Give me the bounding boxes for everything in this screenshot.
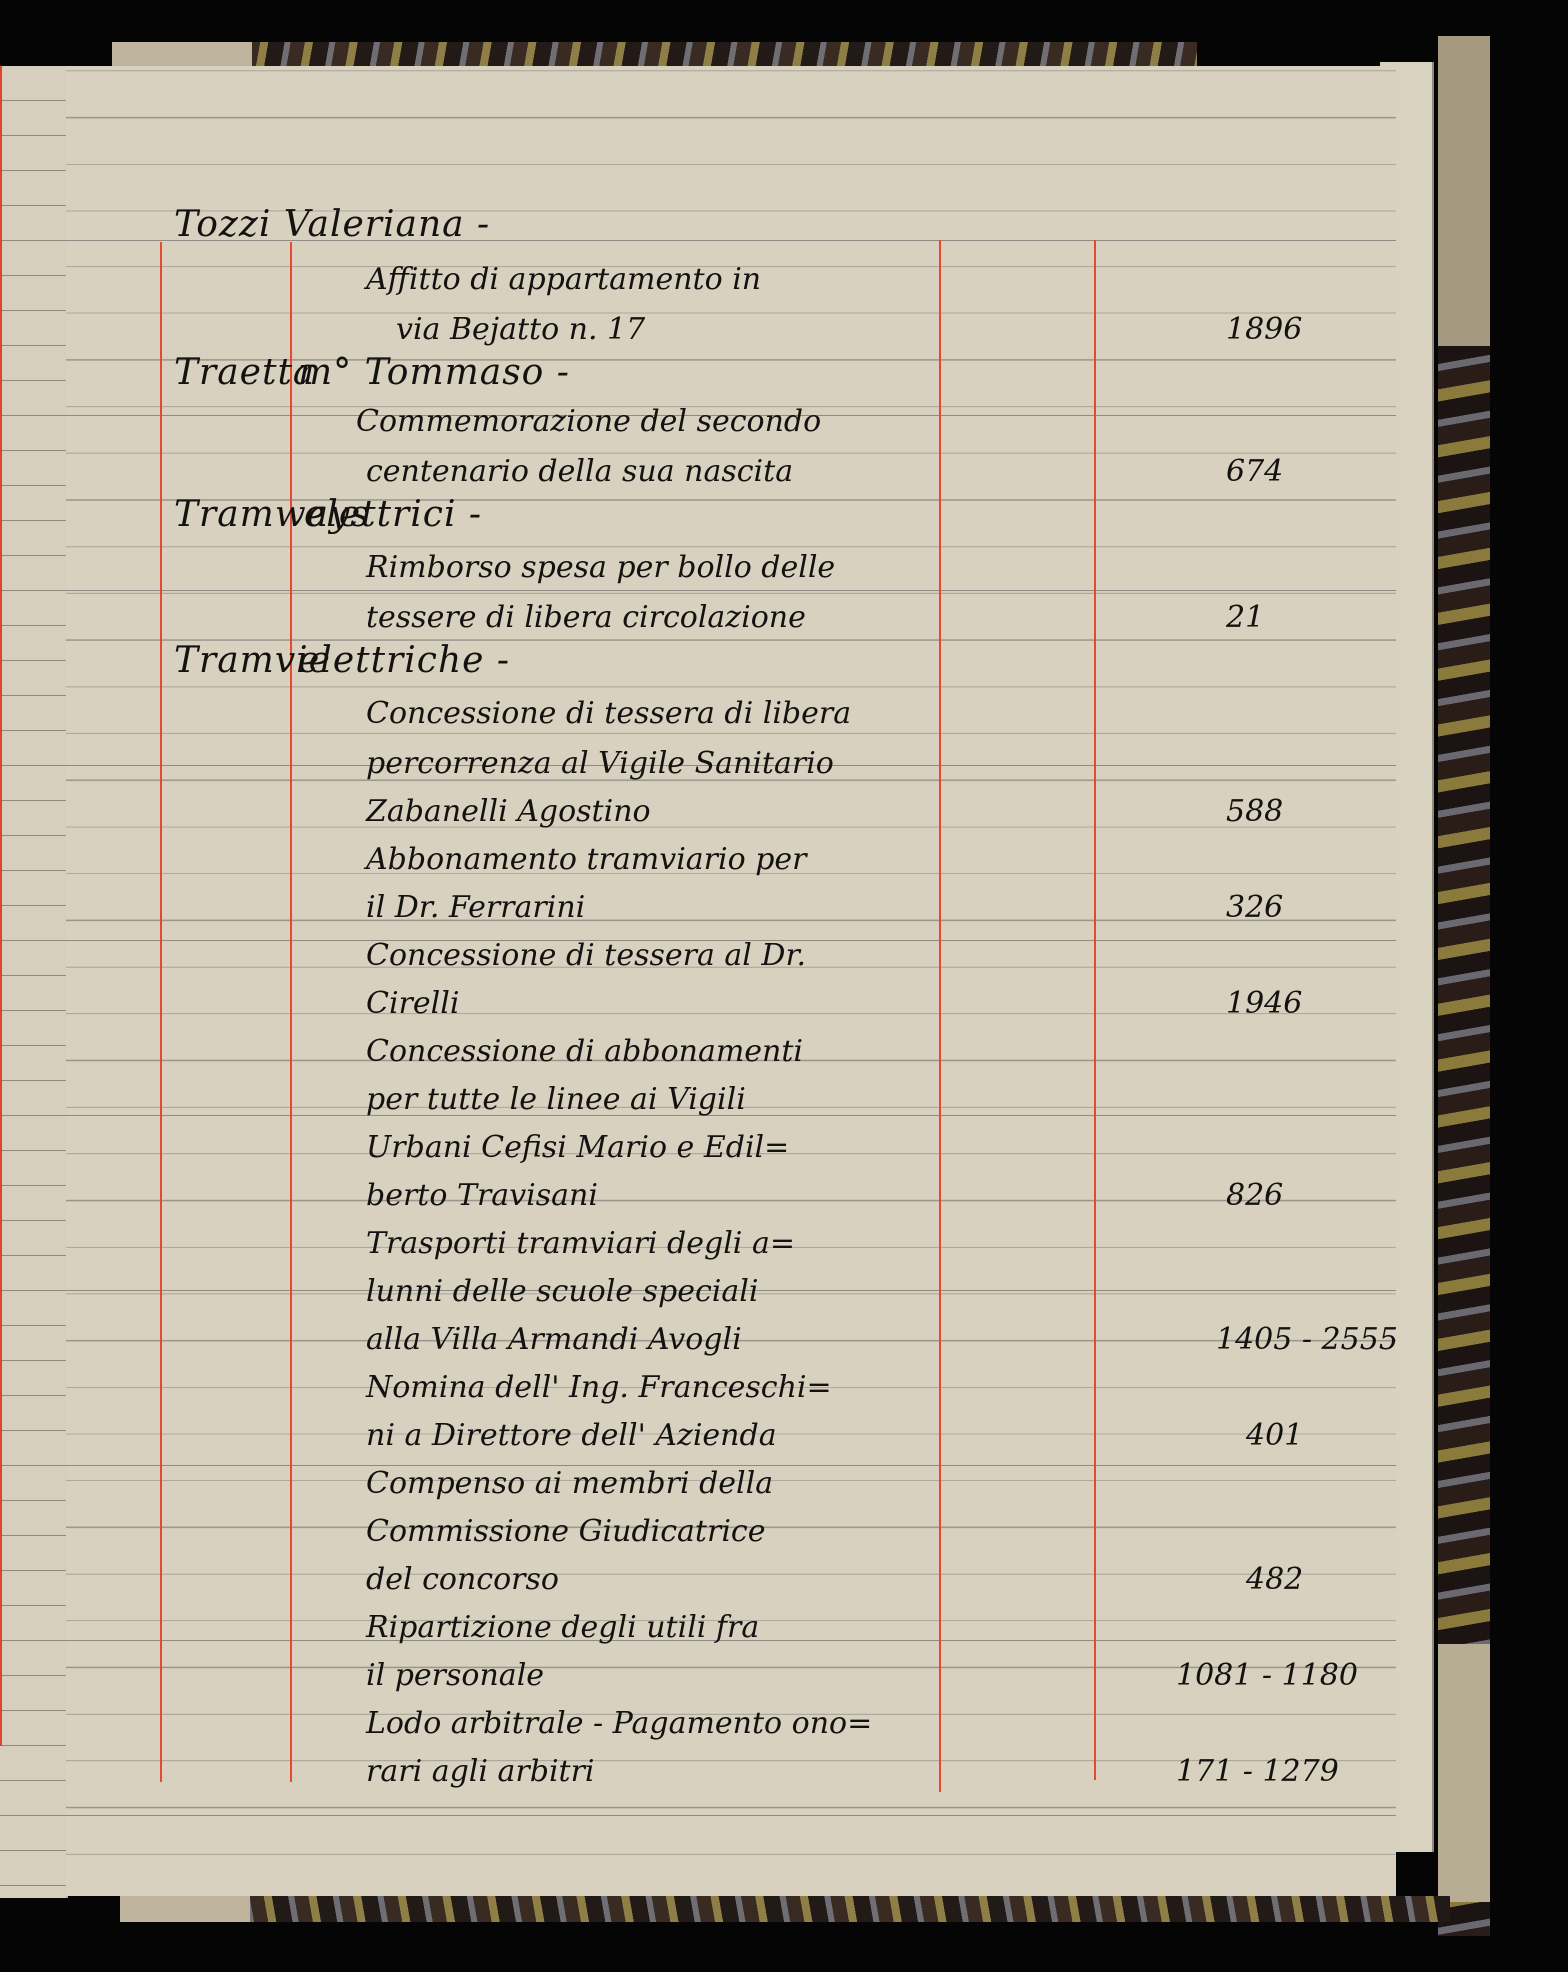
- reference-number: 482: [1246, 1562, 1303, 1597]
- entry-line: Commissione Giudicatrice: [366, 1514, 765, 1549]
- entry-line: Abbonamento tramviario per: [366, 842, 807, 877]
- entry-line: Cirelli: [366, 986, 459, 1021]
- reference-number: 401: [1246, 1418, 1303, 1453]
- entry-line: alla Villa Armandi Avogli: [366, 1322, 742, 1357]
- entry-line: tessere di libera circolazione: [366, 600, 806, 635]
- entry-line: Compenso ai membri della: [366, 1466, 773, 1501]
- red-column-rule-3: [939, 240, 941, 1792]
- ledger-page: Tozzi Valeriana - Affitto di appartament…: [66, 66, 1396, 1896]
- reference-number: 1405 - 2555: [1216, 1322, 1398, 1357]
- book-cover-right-edge: [1438, 36, 1490, 1936]
- red-margin-rule: [0, 66, 2, 1746]
- entry-line: del concorso: [366, 1562, 559, 1597]
- reference-number: 21: [1226, 600, 1264, 635]
- entry-line: Rimborso spesa per bollo delle: [366, 550, 835, 585]
- entry-line: via Bejatto n. 17: [396, 312, 645, 347]
- vellum-corner: [120, 1896, 250, 1922]
- reference-number: 326: [1226, 890, 1283, 925]
- entry-line: Urbani Cefisi Mario e Edil=: [366, 1130, 789, 1165]
- entry-line: il personale: [366, 1658, 544, 1693]
- entry-line: Zabanelli Agostino: [366, 794, 651, 829]
- entry-line: per tutte le linee ai Vigili: [366, 1082, 746, 1117]
- entry-line: Ripartizione degli utili fra: [366, 1610, 759, 1645]
- entry-line: Nomina dell' Ing. Franceschi=: [366, 1370, 832, 1405]
- entry-heading: Tozzi Valeriana -: [174, 204, 490, 245]
- entry-heading: Traetta: [174, 352, 315, 393]
- red-column-rule-1: [160, 242, 162, 1782]
- vellum-corner-top: [1438, 36, 1490, 346]
- reference-number: 1896: [1226, 312, 1302, 347]
- entry-heading-continuation: elettrici -: [304, 494, 482, 535]
- entry-line: Lodo arbitrale - Pagamento ono=: [366, 1706, 872, 1741]
- entry-heading-continuation: elettriche -: [298, 640, 510, 681]
- left-page-edge: [0, 66, 68, 1898]
- reference-number: 674: [1226, 454, 1283, 489]
- reference-number: 171 - 1279: [1176, 1754, 1339, 1789]
- entry-line: Commemorazione del secondo: [356, 404, 821, 439]
- entry-line: rari agli arbitri: [366, 1754, 595, 1789]
- entry-line: Affitto di appartamento in: [366, 262, 761, 297]
- entry-line: Concessione di tessera di libera: [366, 696, 851, 731]
- entry-line: ni a Direttore dell' Azienda: [366, 1418, 777, 1453]
- entry-line: il Dr. Ferrarini: [366, 890, 585, 925]
- reference-number: 1081 - 1180: [1176, 1658, 1358, 1693]
- reference-number: 826: [1226, 1178, 1283, 1213]
- entry-line: percorrenza al Vigile Sanitario: [366, 746, 834, 781]
- entry-line: Trasporti tramviari degli a=: [366, 1226, 795, 1261]
- entry-line: centenario della sua nascita: [366, 454, 793, 489]
- entry-line: Concessione di abbonamenti: [366, 1034, 803, 1069]
- reference-number: 1946: [1226, 986, 1302, 1021]
- reference-number: 588: [1226, 794, 1283, 829]
- vellum-corner-bottom: [1438, 1644, 1490, 1902]
- entry-line: berto Travisani: [366, 1178, 598, 1213]
- entry-heading-continuation: m° Tommaso -: [298, 352, 570, 393]
- entry-line: lunni delle scuole speciali: [366, 1274, 758, 1309]
- entry-line: Concessione di tessera al Dr.: [366, 938, 806, 973]
- book-cover-bottom-edge: [120, 1896, 1450, 1922]
- red-column-rule-4: [1094, 240, 1096, 1780]
- red-column-rule-2: [290, 242, 292, 1782]
